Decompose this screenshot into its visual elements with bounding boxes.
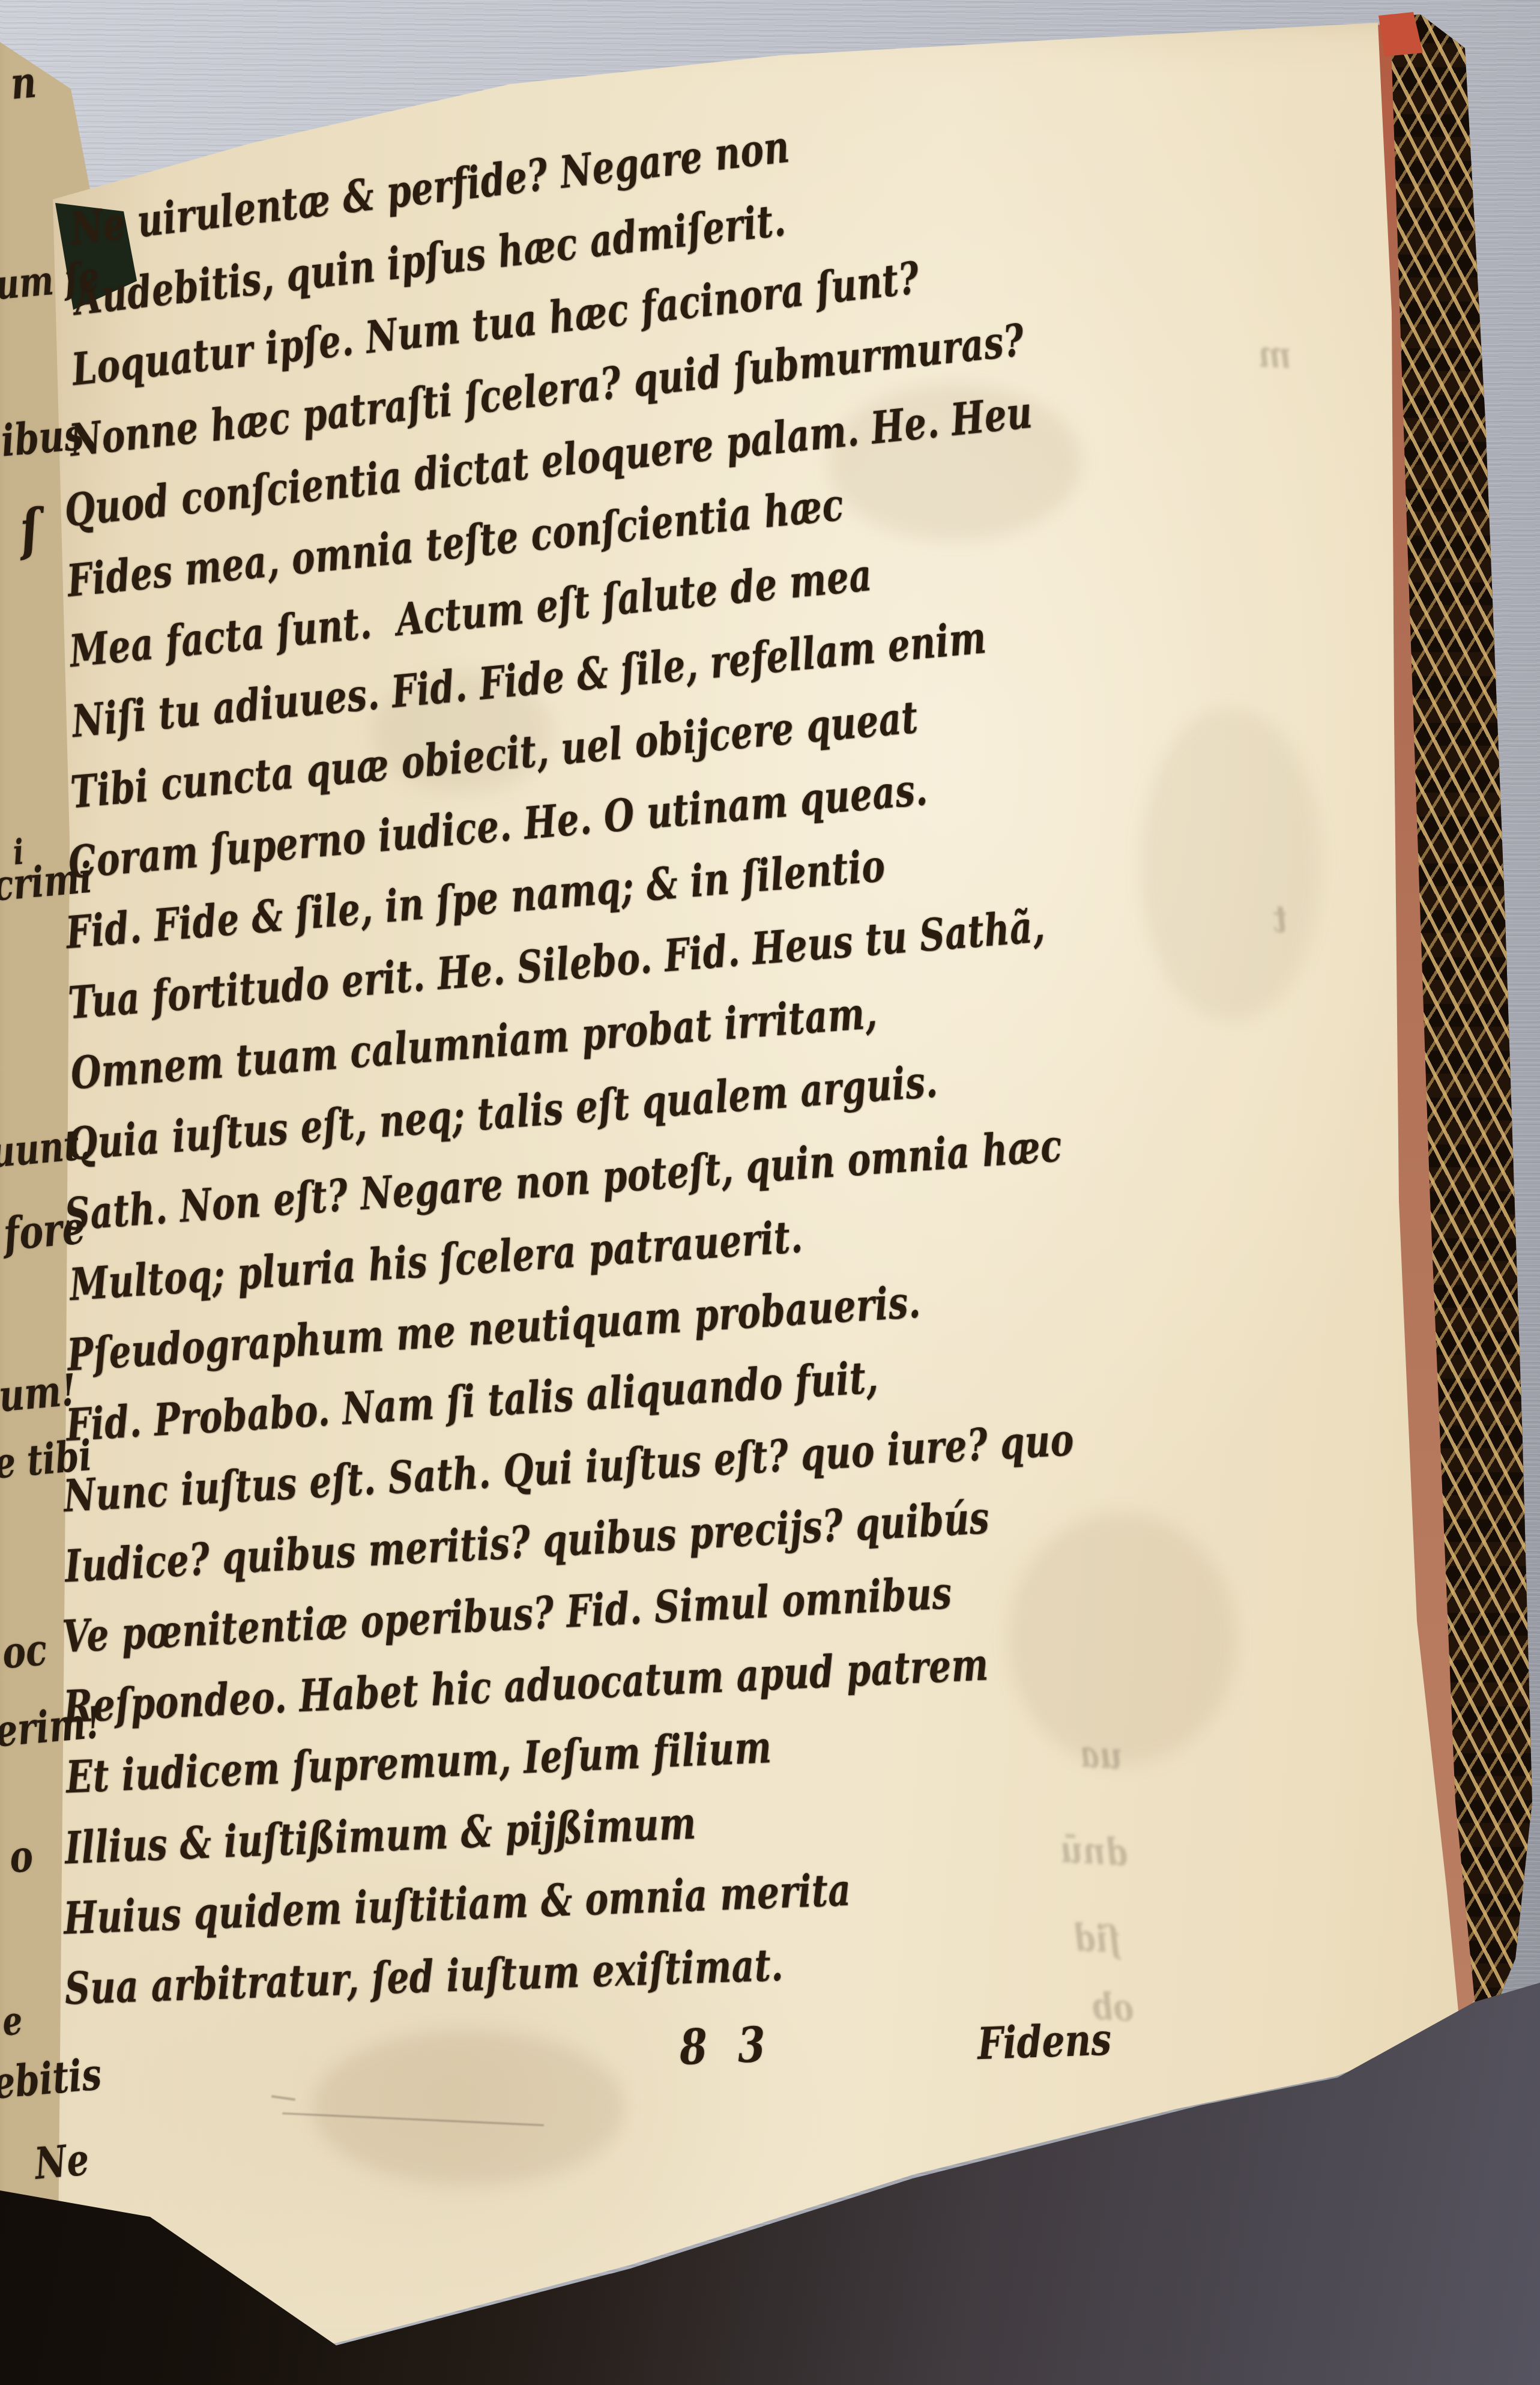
leaf-text-fragment: um! — [0, 1364, 78, 1422]
photo-scene: mtuadnūſidob Ne uirulentæ & perfide? Neg… — [0, 0, 1540, 2385]
leaf-text-fragment: e — [1, 1998, 25, 2045]
leaf-text-fragment: fore — [1, 1202, 87, 1262]
showthrough-text: m — [1257, 332, 1293, 378]
leaf-text-fragment: ebitis — [0, 2049, 103, 2109]
showthrough-text: ſid — [1072, 1915, 1122, 1962]
paper-stain — [312, 2030, 624, 2186]
page-number: 8 3 — [678, 2016, 775, 2076]
paper-stain — [1009, 1513, 1237, 1765]
leaf-text-fragment: Ne — [32, 2134, 91, 2190]
leaf-text-fragment: crimi — [0, 853, 94, 911]
catchword: Fidens — [977, 2014, 1113, 2070]
leaf-text-fragment: o — [7, 1830, 35, 1883]
leaf-text-fragment: n — [8, 56, 38, 109]
leaf-text-fragment: oc — [0, 1624, 49, 1678]
leaf-text-fragment: uunt. — [0, 1120, 93, 1178]
leaf-text-fragment: erim! — [0, 1697, 103, 1757]
leaf-text-fragment: ibus. — [0, 408, 98, 467]
leaf-text-fragment: e tibi — [0, 1431, 94, 1489]
showthrough-text: t — [1272, 896, 1288, 941]
showthrough-text: dnū — [1059, 1827, 1129, 1875]
showthrough-text: ua — [1078, 1732, 1123, 1778]
paper-stain — [1141, 709, 1321, 1021]
